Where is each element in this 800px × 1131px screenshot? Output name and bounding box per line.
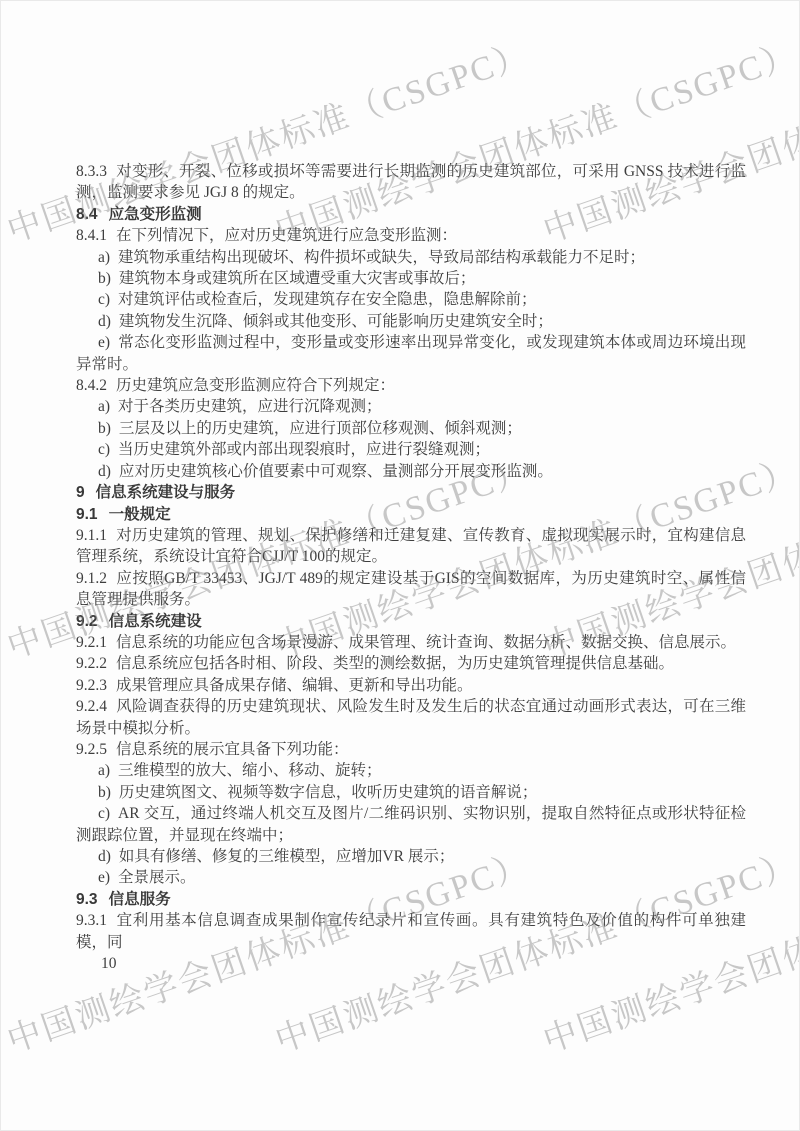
heading-text: 信息系统建设 <box>109 613 202 630</box>
clause-text: 在下列情况下，应对历史建筑进行应急变形监测： <box>116 227 457 244</box>
item-label: c) <box>98 441 110 458</box>
item-text: 当历史建筑外部或内部出现裂痕时，应进行裂缝观测； <box>118 441 490 458</box>
clause-9.2.3: 9.2.3成果管理应具备成果存储、编辑、更新和导出功能。 <box>76 675 746 696</box>
item-text: 对于各类历史建筑，应进行沉降观测； <box>118 398 382 415</box>
list-item-8.4.2-c: c)当历史建筑外部或内部出现裂痕时，应进行裂缝观测； <box>76 439 746 460</box>
item-label: a) <box>98 398 110 415</box>
item-label: d) <box>98 313 111 330</box>
list-item-8.4.1-c: c)对建筑评估或检查后，发现建筑存在安全隐患，隐患解除前； <box>76 289 746 310</box>
clause-9.1.1: 9.1.1对历史建筑的管理、规划、保护修缮和迁建复建、宣传教育、虚拟现实展示时，… <box>76 525 746 568</box>
item-text: AR 交互，通过终端人机交互及图片/二维码识别、实物识别，提取自然特征点或形状特… <box>76 805 746 843</box>
heading-text: 一般规定 <box>109 506 171 523</box>
clause-text: 成果管理应具备成果存储、编辑、更新和导出功能。 <box>116 677 473 694</box>
clause-number: 8.3.3 <box>76 163 107 180</box>
item-text: 建筑物承重结构出现破坏、构件损坏或缺失，导致局部结构承载能力不足时； <box>118 249 645 266</box>
item-label: c) <box>98 291 110 308</box>
item-label: d) <box>98 463 111 480</box>
clause-number: 8.4.1 <box>76 227 107 244</box>
clause-number: 9.2.1 <box>76 634 107 651</box>
standard-document-page: 中国测绘学会团体标准（CSGPC） 中国测绘学会团体标准（CSGPC） 中国测绘… <box>0 0 800 1131</box>
heading-number: 9.1 <box>76 506 98 523</box>
heading-text: 信息服务 <box>109 891 171 908</box>
list-item-9.2.5-b: b)历史建筑图文、视频等数字信息，收听历史建筑的语音解说； <box>76 782 746 803</box>
clause-number: 8.4.2 <box>76 377 107 394</box>
item-label: a) <box>98 249 110 266</box>
item-label: d) <box>98 848 111 865</box>
item-text: 建筑物本身或建筑所在区域遭受重大灾害或事故后； <box>119 270 476 287</box>
document-content: 8.3.3对变形、开裂、位移或损坏等需要进行长期监测的历史建筑部位，可采用 GN… <box>76 161 746 974</box>
heading-text: 应急变形监测 <box>109 206 202 223</box>
item-text: 历史建筑图文、视频等数字信息，收听历史建筑的语音解说； <box>119 784 538 801</box>
clause-8.3.3: 8.3.3对变形、开裂、位移或损坏等需要进行长期监测的历史建筑部位，可采用 GN… <box>76 161 746 204</box>
list-item-9.2.5-d: d)如具有修缮、修复的三维模型，应增加VR 展示； <box>76 846 746 867</box>
clause-9.2.2: 9.2.2信息系统应包括各时相、阶段、类型的测绘数据，为历史建筑管理提供信息基础… <box>76 653 746 674</box>
clause-text: 对历史建筑的管理、规划、保护修缮和迁建复建、宣传教育、虚拟现实展示时，宜构建信息… <box>76 527 746 565</box>
list-item-8.4.1-a: a)建筑物承重结构出现破坏、构件损坏或缺失，导致局部结构承载能力不足时； <box>76 247 746 268</box>
item-text: 对建筑评估或检查后，发现建筑存在安全隐患，隐患解除前； <box>118 291 537 308</box>
clause-9.1.2: 9.1.2应按照GB/T 33453、JGJ/T 489的规定建设基于GIS的空… <box>76 568 746 611</box>
clause-number: 9.1.2 <box>76 570 107 587</box>
item-label: e) <box>98 334 110 351</box>
clause-8.4.1: 8.4.1在下列情况下，应对历史建筑进行应急变形监测： <box>76 225 746 246</box>
item-text: 如具有修缮、修复的三维模型，应增加VR 展示； <box>119 848 454 865</box>
clause-text: 应按照GB/T 33453、JGJ/T 489的规定建设基于GIS的空间数据库，… <box>76 570 746 608</box>
clause-9.2.1: 9.2.1信息系统的功能应包含场景漫游、成果管理、统计查询、数据分析、数据交换、… <box>76 632 746 653</box>
page-number: 10 <box>76 953 746 974</box>
section-heading-8.4: 8.4应急变形监测 <box>76 204 746 225</box>
list-item-8.4.1-d: d)建筑物发生沉降、倾斜或其他变形、可能影响历史建筑安全时； <box>76 311 746 332</box>
item-text: 三维模型的放大、缩小、移动、旋转； <box>118 762 382 779</box>
item-text: 三层及以上的历史建筑，应进行顶部位移观测、倾斜观测； <box>119 420 522 437</box>
item-label: b) <box>98 420 111 437</box>
clause-text: 信息系统应包括各时相、阶段、类型的测绘数据，为历史建筑管理提供信息基础。 <box>116 655 674 672</box>
item-text: 常态化变形监测过程中，变形量或变形速率出现异常变化，或发现建筑本体或周边环境出现… <box>76 334 746 372</box>
list-item-9.2.5-e: e)全景展示。 <box>76 867 746 888</box>
clause-text: 对变形、开裂、位移或损坏等需要进行长期监测的历史建筑部位，可采用 GNSS 技术… <box>76 163 746 201</box>
clause-text: 信息系统的展示宜具备下列功能： <box>116 741 349 758</box>
item-label: a) <box>98 762 110 779</box>
clause-number: 9.2.4 <box>76 698 107 715</box>
chapter-heading-9: 9信息系统建设与服务 <box>76 482 746 503</box>
item-label: c) <box>98 805 110 822</box>
list-item-8.4.1-b: b)建筑物本身或建筑所在区域遭受重大灾害或事故后； <box>76 268 746 289</box>
section-heading-9.1: 9.1一般规定 <box>76 504 746 525</box>
heading-number: 8.4 <box>76 206 98 223</box>
list-item-9.2.5-a: a)三维模型的放大、缩小、移动、旋转； <box>76 760 746 781</box>
item-label: b) <box>98 270 111 287</box>
item-text: 全景展示。 <box>118 869 196 886</box>
item-label: e) <box>98 869 110 886</box>
clause-text: 信息系统的功能应包含场景漫游、成果管理、统计查询、数据分析、数据交换、信息展示。 <box>116 634 736 651</box>
item-label: b) <box>98 784 111 801</box>
clause-text: 宜利用基本信息调查成果制作宣传纪录片和宣传画。具有建筑特色及价值的构件可单独建模… <box>76 912 746 950</box>
clause-9.3.1: 9.3.1宜利用基本信息调查成果制作宣传纪录片和宣传画。具有建筑特色及价值的构件… <box>76 910 746 953</box>
list-item-8.4.2-d: d)应对历史建筑核心价值要素中可观察、量测部分开展变形监测。 <box>76 461 746 482</box>
heading-number: 9 <box>76 484 85 501</box>
clause-number: 9.1.1 <box>76 527 107 544</box>
heading-number: 9.3 <box>76 891 98 908</box>
clause-number: 9.3.1 <box>76 912 107 929</box>
section-heading-9.3: 9.3信息服务 <box>76 889 746 910</box>
list-item-8.4.1-e: e)常态化变形监测过程中，变形量或变形速率出现异常变化，或发现建筑本体或周边环境… <box>76 332 746 375</box>
item-text: 应对历史建筑核心价值要素中可观察、量测部分开展变形监测。 <box>119 463 553 480</box>
list-item-8.4.2-b: b)三层及以上的历史建筑，应进行顶部位移观测、倾斜观测； <box>76 418 746 439</box>
section-heading-9.2: 9.2信息系统建设 <box>76 611 746 632</box>
clause-number: 9.2.3 <box>76 677 107 694</box>
item-text: 建筑物发生沉降、倾斜或其他变形、可能影响历史建筑安全时； <box>119 313 553 330</box>
clause-8.4.2: 8.4.2历史建筑应急变形监测应符合下列规定： <box>76 375 746 396</box>
list-item-8.4.2-a: a)对于各类历史建筑，应进行沉降观测； <box>76 396 746 417</box>
list-item-9.2.5-c: c)AR 交互，通过终端人机交互及图片/二维码识别、实物识别，提取自然特征点或形… <box>76 803 746 846</box>
clause-9.2.5: 9.2.5信息系统的展示宜具备下列功能： <box>76 739 746 760</box>
clause-number: 9.2.2 <box>76 655 107 672</box>
clause-9.2.4: 9.2.4风险调查获得的历史建筑现状、风险发生时及发生后的状态宜通过动画形式表达… <box>76 696 746 739</box>
heading-text: 信息系统建设与服务 <box>96 484 236 501</box>
clause-number: 9.2.5 <box>76 741 107 758</box>
heading-number: 9.2 <box>76 613 98 630</box>
clause-text: 风险调查获得的历史建筑现状、风险发生时及发生后的状态宜通过动画形式表达，可在三维… <box>76 698 746 736</box>
clause-text: 历史建筑应急变形监测应符合下列规定： <box>116 377 395 394</box>
